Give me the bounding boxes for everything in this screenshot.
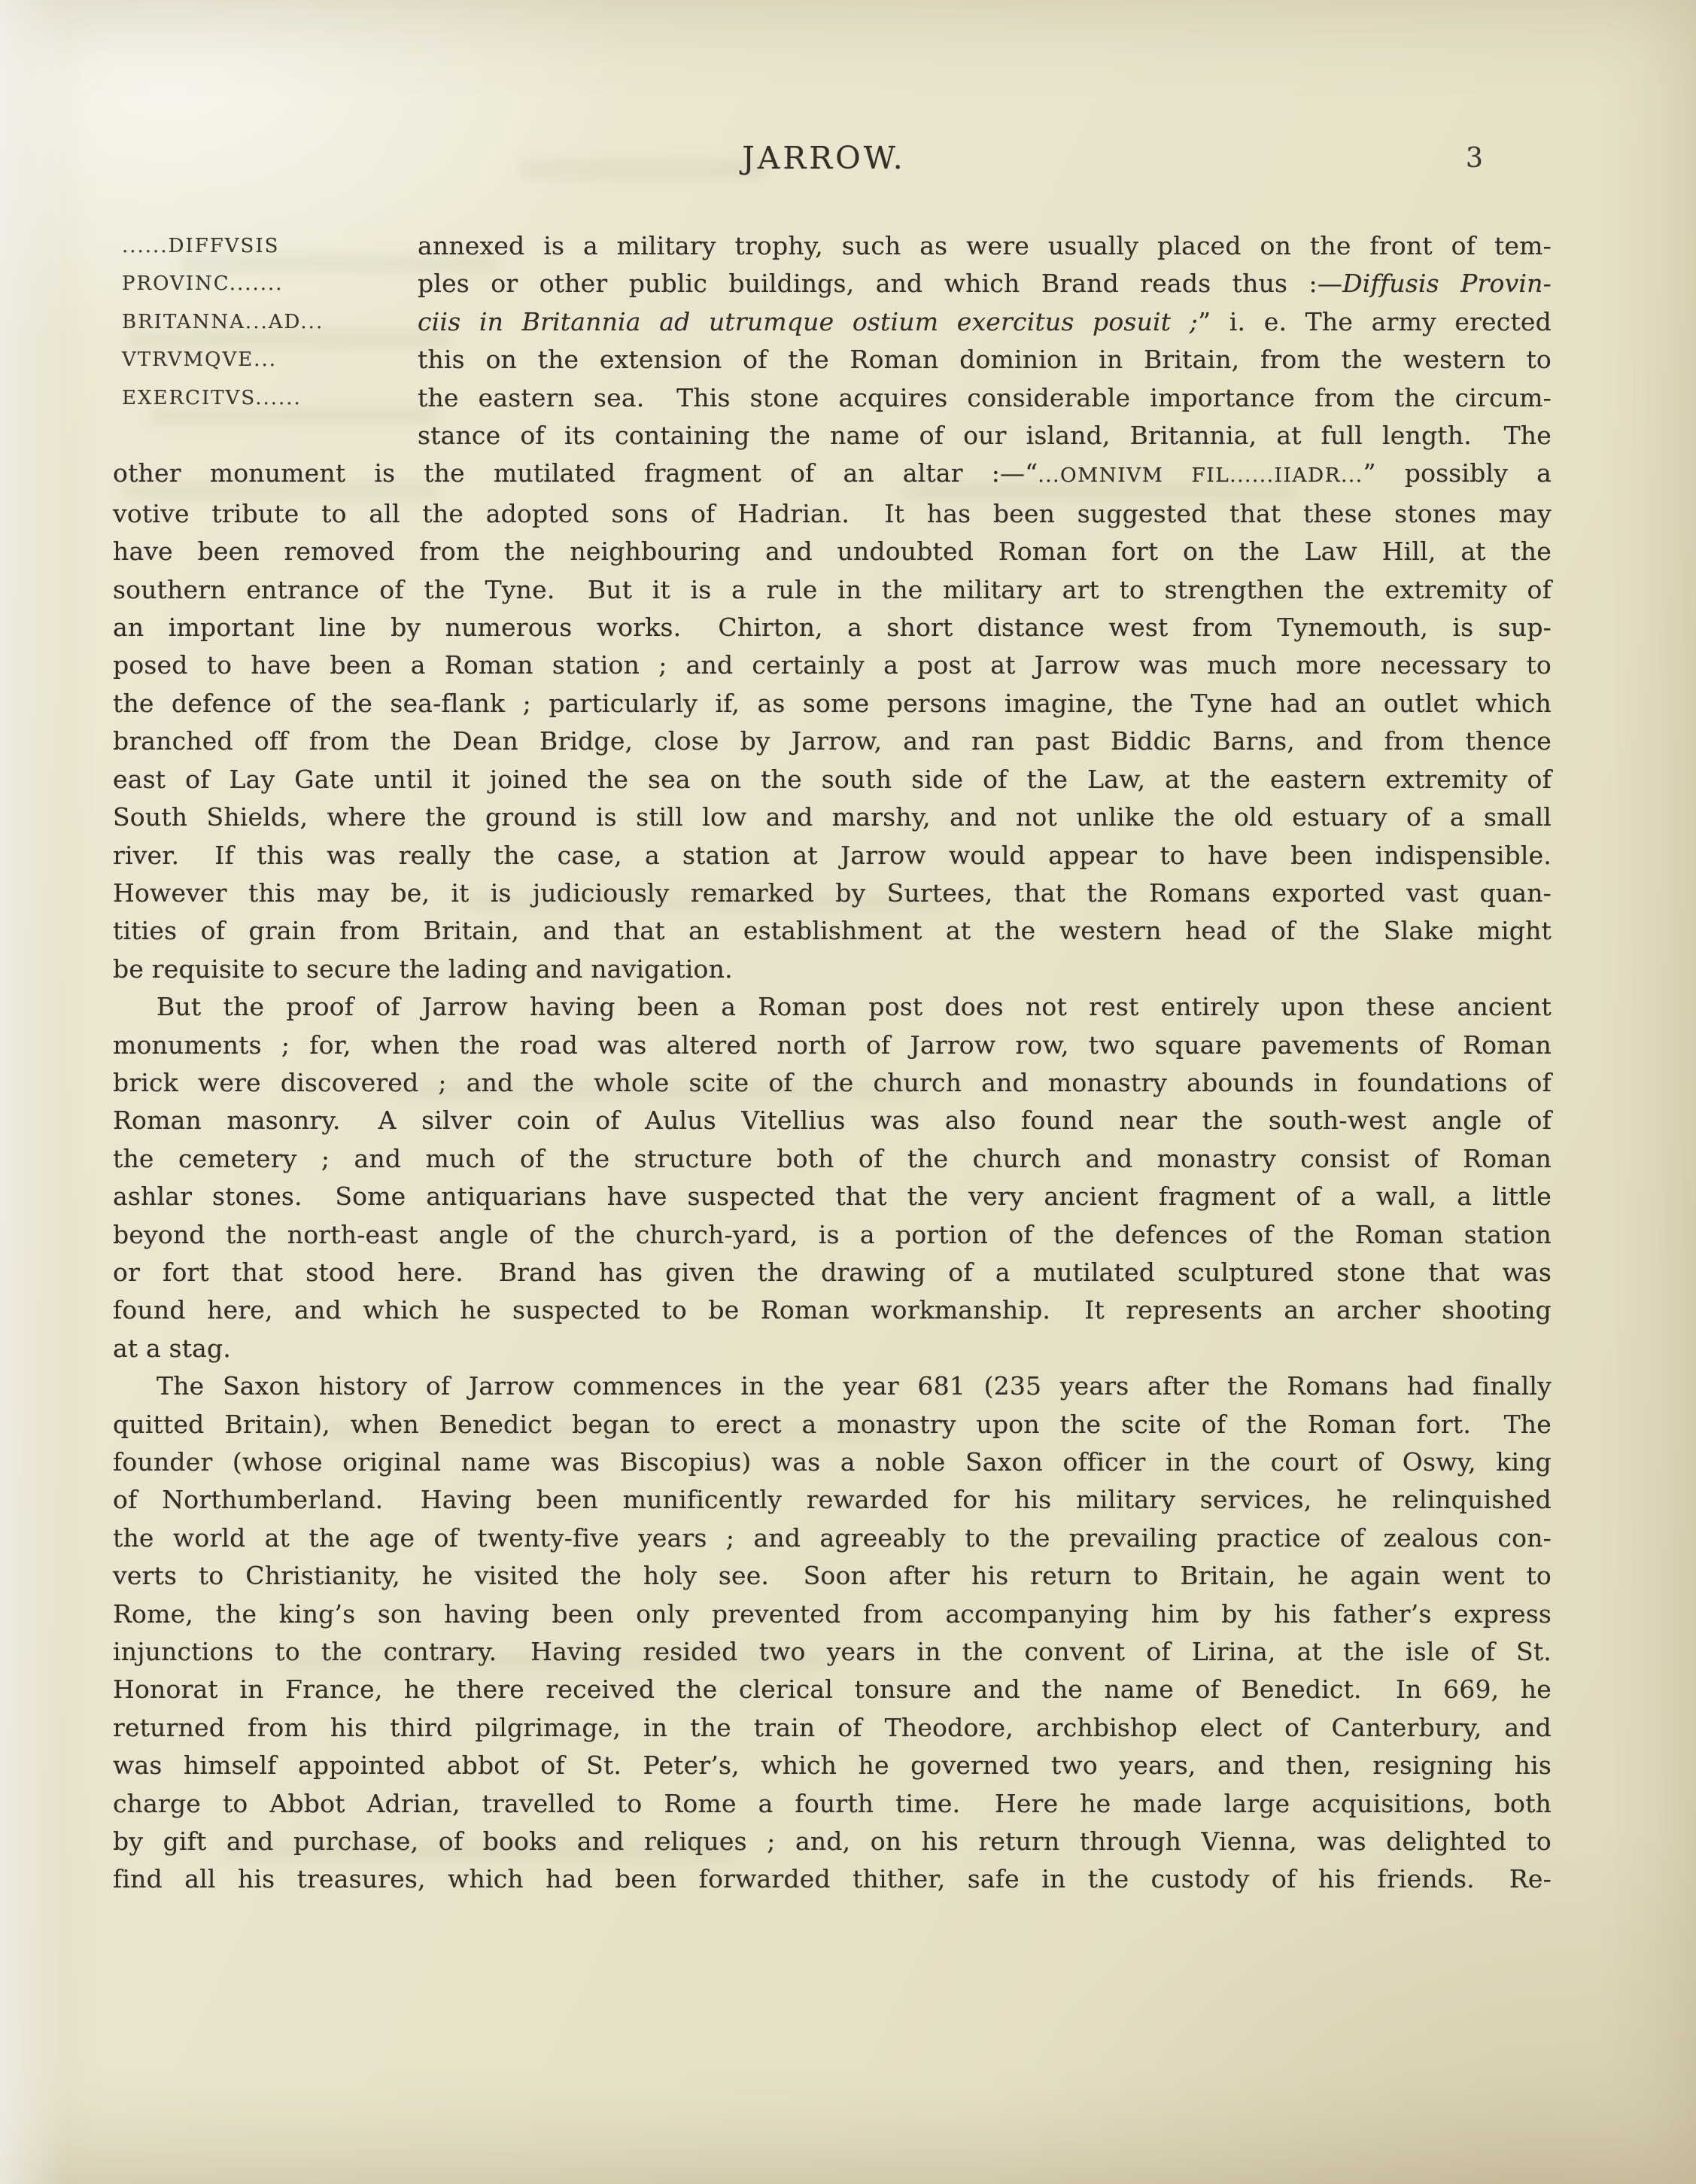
- body-line: branched off from the Dean Bridge, close…: [113, 722, 1552, 760]
- scanned-book-page: { "document": { "header": { "title": "JA…: [0, 0, 1696, 2184]
- body-text: east of Lay Gate until it joined the sea…: [113, 765, 1552, 794]
- body-line: or fort that stood here. Brand has given…: [113, 1254, 1552, 1291]
- body-line: quitted Britain), when Benedict began to…: [113, 1406, 1552, 1443]
- body-text: verts to Christianity, he visited the ho…: [113, 1561, 1552, 1590]
- body-text: South Shields, where the ground is still…: [113, 802, 1552, 832]
- body-text: stance of its containing the name of our…: [418, 421, 1552, 450]
- body-line: But the proof of Jarrow having been a Ro…: [113, 988, 1552, 1026]
- body-text: returned from his third pilgrimage, in t…: [113, 1713, 1552, 1742]
- body-text-block: annexed is a military trophy, such as we…: [113, 227, 1552, 1899]
- body-text: be requisite to secure the lading and na…: [113, 954, 733, 984]
- body-text: other monument is the mutilated fragment…: [113, 458, 1038, 488]
- body-text: founder (whose original name was Biscopi…: [113, 1447, 1552, 1477]
- body-line: the eastern sea. This stone acquires con…: [418, 379, 1552, 417]
- body-text: an important line by numerous works. Chi…: [113, 613, 1552, 642]
- body-text: the world at the age of twenty-five year…: [113, 1523, 1552, 1553]
- body-text: However this may be, it is judiciously r…: [113, 878, 1552, 908]
- body-line: ples or other public buildings, and whic…: [418, 265, 1552, 303]
- body-line: southern entrance of the Tyne. But it is…: [113, 571, 1552, 609]
- body-text: southern entrance of the Tyne. But it is…: [113, 575, 1552, 604]
- body-text: the defence of the sea-flank ; particula…: [113, 689, 1552, 718]
- body-line: by gift and purchase, of books and reliq…: [113, 1823, 1552, 1860]
- body-text: branched off from the Dean Bridge, close…: [113, 726, 1552, 756]
- body-text: But the proof of Jarrow having been a Ro…: [157, 992, 1552, 1021]
- body-line: the defence of the sea-flank ; particula…: [113, 685, 1552, 722]
- page-number: 3: [1466, 143, 1483, 174]
- body-line: east of Lay Gate until it joined the sea…: [113, 761, 1552, 798]
- body-text: this on the extension of the Roman domin…: [418, 345, 1552, 374]
- body-line: river. If this was really the case, a st…: [113, 837, 1552, 875]
- body-text: the eastern sea. This stone acquires con…: [418, 383, 1552, 412]
- body-line: was himself appointed abbot of St. Peter…: [113, 1747, 1552, 1784]
- body-text: by gift and purchase, of books and reliq…: [113, 1827, 1552, 1856]
- body-line: found here, and which he suspected to be…: [113, 1291, 1552, 1329]
- body-line: this on the extension of the Roman domin…: [418, 341, 1552, 379]
- body-text: Roman masonry. A silver coin of Aulus Vi…: [113, 1106, 1552, 1135]
- body-text: find all his treasures, which had been f…: [113, 1864, 1552, 1894]
- body-line: monuments ; for, when the road was alter…: [113, 1027, 1552, 1064]
- body-line: ciis in Britannia ad utrumque ostium exe…: [418, 303, 1552, 341]
- italic-text: Diffusis Provin-: [1342, 269, 1552, 298]
- body-line: The Saxon history of Jarrow commences in…: [113, 1367, 1552, 1405]
- page-edge-highlight: [0, 0, 68, 2184]
- body-line: at a stag.: [113, 1330, 1552, 1367]
- body-text: the cemetery ; and much of the structure…: [113, 1144, 1552, 1173]
- body-line: brick were discovered ; and the whole sc…: [113, 1064, 1552, 1102]
- body-line: ashlar stones. Some antiquarians have su…: [113, 1178, 1552, 1215]
- body-text: of Northumberland. Having been munificen…: [113, 1485, 1552, 1514]
- body-text: at a stag.: [113, 1334, 231, 1363]
- body-text: ples or other public buildings, and whic…: [418, 269, 1342, 298]
- body-text: was himself appointed abbot of St. Peter…: [113, 1751, 1552, 1780]
- body-text: ashlar stones. Some antiquarians have su…: [113, 1182, 1552, 1211]
- body-line: votive tribute to all the adopted sons o…: [113, 495, 1552, 533]
- body-line: injunctions to the contrary. Having resi…: [113, 1633, 1552, 1671]
- body-text: Rome, the king’s son having been only pr…: [113, 1599, 1552, 1629]
- body-line: find all his treasures, which had been f…: [113, 1860, 1552, 1898]
- body-text: annexed is a military trophy, such as we…: [418, 231, 1552, 260]
- body-text: tities of grain from Britain, and that a…: [113, 916, 1552, 945]
- body-line: annexed is a military trophy, such as we…: [418, 227, 1552, 265]
- body-line: returned from his third pilgrimage, in t…: [113, 1709, 1552, 1747]
- body-text: or fort that stood here. Brand has given…: [113, 1258, 1552, 1287]
- body-text: have been removed from the neighbouring …: [113, 537, 1552, 566]
- body-text: river. If this was really the case, a st…: [113, 841, 1552, 870]
- body-text: quitted Britain), when Benedict began to…: [113, 1410, 1552, 1439]
- page-header-title: JARROW.: [0, 140, 1648, 176]
- body-text: votive tribute to all the adopted sons o…: [113, 499, 1552, 528]
- body-text: monuments ; for, when the road was alter…: [113, 1030, 1552, 1060]
- body-line: Roman masonry. A silver coin of Aulus Vi…: [113, 1102, 1552, 1139]
- body-line: be requisite to secure the lading and na…: [113, 951, 1552, 988]
- body-line: the world at the age of twenty-five year…: [113, 1519, 1552, 1557]
- body-line: founder (whose original name was Biscopi…: [113, 1443, 1552, 1481]
- inscription-caps-text: ...OMNIVM FIL......IIADR...: [1038, 464, 1363, 487]
- body-line: charge to Abbot Adrian, travelled to Rom…: [113, 1785, 1552, 1823]
- body-text: injunctions to the contrary. Having resi…: [113, 1637, 1552, 1666]
- body-line: Rome, the king’s son having been only pr…: [113, 1595, 1552, 1633]
- body-text: posed to have been a Roman station ; and…: [113, 650, 1552, 680]
- body-line: posed to have been a Roman station ; and…: [113, 646, 1552, 684]
- body-line: have been removed from the neighbouring …: [113, 533, 1552, 570]
- body-line: However this may be, it is judiciously r…: [113, 875, 1552, 912]
- body-text: ” possibly a: [1363, 458, 1552, 488]
- body-text: found here, and which he suspected to be…: [113, 1295, 1552, 1325]
- body-line: stance of its containing the name of our…: [418, 417, 1552, 455]
- body-text: Honorat in France, he there received the…: [113, 1675, 1552, 1704]
- body-line: South Shields, where the ground is still…: [113, 798, 1552, 836]
- body-text: brick were discovered ; and the whole sc…: [113, 1068, 1552, 1097]
- body-line: an important line by numerous works. Chi…: [113, 609, 1552, 646]
- body-line: tities of grain from Britain, and that a…: [113, 912, 1552, 950]
- body-text: ” i. e. The army erected: [1198, 307, 1552, 336]
- body-line: of Northumberland. Having been munificen…: [113, 1481, 1552, 1519]
- body-text: beyond the north-east angle of the churc…: [113, 1220, 1552, 1249]
- body-line: verts to Christianity, he visited the ho…: [113, 1557, 1552, 1595]
- body-line: other monument is the mutilated fragment…: [113, 455, 1552, 494]
- italic-text: ciis in Britannia ad utrumque ostium exe…: [418, 307, 1198, 336]
- body-text: The Saxon history of Jarrow commences in…: [157, 1371, 1552, 1401]
- body-line: the cemetery ; and much of the structure…: [113, 1140, 1552, 1178]
- body-text: charge to Abbot Adrian, travelled to Rom…: [113, 1789, 1552, 1818]
- body-line: Honorat in France, he there received the…: [113, 1671, 1552, 1708]
- body-line: beyond the north-east angle of the churc…: [113, 1216, 1552, 1254]
